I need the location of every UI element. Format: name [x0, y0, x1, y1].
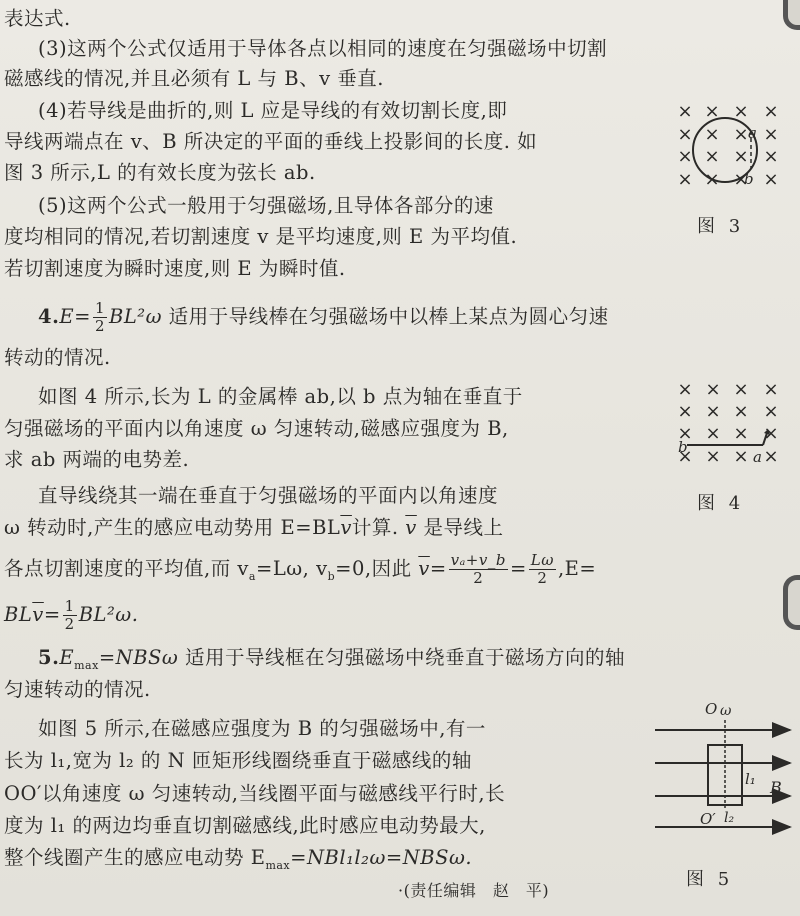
text-line: ω 转动时,产生的感应电动势用 E=BLv计算. v 是导线上: [4, 515, 504, 541]
denominator: 2: [529, 570, 556, 587]
section-number: 5.: [38, 646, 59, 669]
text-line: 整个线圈产生的感应电动势 Emax=NBl₁l₂ω=NBSω.: [4, 845, 472, 879]
text: 适用于导线棒在匀强磁场中以棒上某点为圆心匀速: [162, 305, 609, 328]
formula: BL²ω.: [79, 603, 139, 626]
label-a: a: [753, 448, 762, 466]
v-bar: v: [340, 516, 352, 539]
svg-text:×: ×: [677, 101, 692, 122]
svg-text:×: ×: [733, 146, 748, 167]
svg-text:×: ×: [705, 401, 720, 422]
fraction: Lω2: [529, 552, 556, 587]
text: =: [430, 557, 447, 580]
v-bar: v: [32, 603, 44, 626]
subscript: max: [74, 659, 99, 672]
figure-3-caption: 图 3: [697, 212, 744, 238]
text-line: (5)这两个公式一般用于匀强磁场,且导体各部分的速: [0, 193, 494, 219]
text-line: 若切割速度为瞬时速度,则 E 为瞬时值.: [4, 256, 346, 282]
figure-3-diagram: ×××× ×××× ×××× ××××: [665, 95, 795, 195]
svg-text:×: ×: [677, 124, 692, 145]
label-l1: l₁: [745, 770, 756, 788]
editor-credit: ·(责任编辑 赵 平): [398, 878, 549, 904]
svg-text:×: ×: [733, 401, 748, 422]
text-line: (3)这两个公式仅适用于导体各点以相同的速度在匀强磁场中切割: [0, 36, 607, 62]
svg-text:×: ×: [677, 401, 692, 422]
text: 整个线圈产生的感应电动势 E: [4, 846, 265, 869]
formula: E=: [59, 305, 91, 328]
svg-text:×: ×: [763, 146, 778, 167]
label-omega: ω: [720, 703, 731, 719]
text: 计算.: [352, 516, 399, 539]
section-4-heading: 4.E=12BL²ω 适用于导线棒在匀强磁场中以棒上某点为圆心匀速: [0, 300, 609, 335]
svg-text:×: ×: [763, 169, 778, 190]
svg-text:×: ×: [763, 124, 778, 145]
text-line: 图 3 所示,L 的有效长度为弦长 ab.: [4, 160, 316, 186]
subscript: b: [328, 570, 336, 583]
text: =: [510, 557, 527, 580]
page-edge-tab: [783, 575, 800, 630]
text: =Lω, v: [256, 557, 328, 580]
svg-text:×: ×: [704, 146, 719, 167]
label-B: B: [770, 778, 782, 797]
text: 适用于导线框在匀强磁场中绕垂直于磁场方向的轴: [178, 646, 625, 669]
text-line: 各点切割速度的平均值,而 va=Lω, vb=0,因此 v=vₐ+v_b2=Lω…: [4, 552, 596, 590]
svg-text:×: ×: [705, 446, 720, 465]
formula: E: [59, 646, 74, 669]
svg-text:×: ×: [705, 423, 720, 444]
text-line: 求 ab 两端的电势差.: [4, 447, 189, 473]
denominator: 2: [449, 570, 508, 587]
text-line: BLv=12BL²ω.: [4, 598, 138, 633]
svg-text:×: ×: [704, 124, 719, 145]
formula: BL: [4, 603, 32, 626]
text-line: 度为 l₁ 的两边均垂直切割磁感线,此时感应电动势最大,: [4, 813, 486, 839]
numerator: Lω: [529, 552, 556, 570]
svg-text:×: ×: [677, 169, 692, 190]
text-line: 长为 l₁,宽为 l₂ 的 N 匝矩形线圈绕垂直于磁感线的轴: [4, 748, 472, 774]
subscript: max: [265, 859, 290, 872]
fraction: 12: [93, 300, 107, 335]
svg-text:×: ×: [733, 423, 748, 444]
document-page: 表达式. (3)这两个公式仅适用于导体各点以相同的速度在匀强磁场中切割 磁感线的…: [0, 0, 800, 916]
svg-text:×: ×: [705, 379, 720, 400]
figure-5-caption: 图 5: [686, 865, 733, 891]
text-line: 直导线绕其一端在垂直于匀强磁场的平面内以角速度: [0, 483, 498, 509]
denominator: 2: [63, 616, 77, 633]
text-line: 转动的情况.: [4, 345, 111, 371]
text-line: 匀强磁场的平面内以角速度 ω 匀速转动,磁感应强度为 B,: [4, 416, 509, 442]
figure-4-caption: 图 4: [697, 489, 744, 515]
numerator: vₐ+v_b: [449, 552, 508, 570]
svg-text:×: ×: [677, 379, 692, 400]
label-l2: l₂: [724, 810, 734, 826]
svg-text:×: ×: [733, 446, 748, 465]
numerator: 1: [93, 300, 107, 318]
text: 各点切割速度的平均值,而 v: [4, 557, 249, 580]
label-O: O: [705, 700, 717, 718]
svg-text:×: ×: [763, 101, 778, 122]
text-line: 磁感线的情况,并且必须有 L 与 B、v 垂直.: [4, 66, 384, 92]
label-a: a: [748, 124, 757, 142]
section-5-heading: 5.Emax=NBSω 适用于导线框在匀强磁场中绕垂直于磁场方向的轴: [0, 645, 625, 679]
text-line: 表达式.: [4, 6, 71, 32]
svg-text:×: ×: [763, 401, 778, 422]
fraction: vₐ+v_b2: [449, 552, 508, 587]
page-edge-tab: [783, 0, 800, 30]
svg-text:×: ×: [763, 379, 778, 400]
text-line: (4)若导线是曲折的,则 L 应是导线的有效切割长度,即: [0, 98, 507, 124]
text: ω 转动时,产生的感应电动势用 E=BL: [4, 516, 340, 539]
numerator: 1: [63, 598, 77, 616]
text-line: 度均相同的情况,若切割速度 v 是平均速度,则 E 为平均值.: [4, 224, 517, 250]
text: =: [44, 603, 61, 626]
label-O-prime: O′: [700, 810, 716, 828]
text: =0,因此: [335, 557, 418, 580]
text-line: 如图 5 所示,在磁感应强度为 B 的匀强磁场中,有一: [0, 716, 486, 742]
cross-marks: ×××× ×××× ×××× ××××: [677, 379, 778, 465]
text-line: 如图 4 所示,长为 L 的金属棒 ab,以 b 点为轴在垂直于: [0, 384, 523, 410]
svg-text:×: ×: [677, 146, 692, 167]
svg-text:×: ×: [763, 446, 778, 465]
formula: =NBSω: [99, 646, 179, 669]
subscript: a: [249, 570, 256, 583]
formula: =NBl₁l₂ω=NBSω.: [290, 846, 472, 869]
text-line: OO′以角速度 ω 匀速转动,当线圈平面与磁感线平行时,长: [4, 781, 505, 807]
text: ,E=: [558, 557, 596, 580]
v-bar: v: [418, 557, 430, 580]
text-line: 导线两端点在 v、B 所决定的平面的垂线上投影间的长度. 如: [4, 129, 537, 155]
label-b: b: [678, 438, 688, 456]
denominator: 2: [93, 318, 107, 335]
fraction: 12: [63, 598, 77, 633]
v-bar: v: [405, 516, 417, 539]
label-b: b: [744, 170, 754, 188]
section-number: 4.: [38, 305, 59, 328]
svg-text:×: ×: [733, 379, 748, 400]
text-line: 匀速转动的情况.: [4, 677, 151, 703]
formula: BL²ω: [109, 305, 162, 328]
text: 是导线上: [417, 516, 504, 539]
